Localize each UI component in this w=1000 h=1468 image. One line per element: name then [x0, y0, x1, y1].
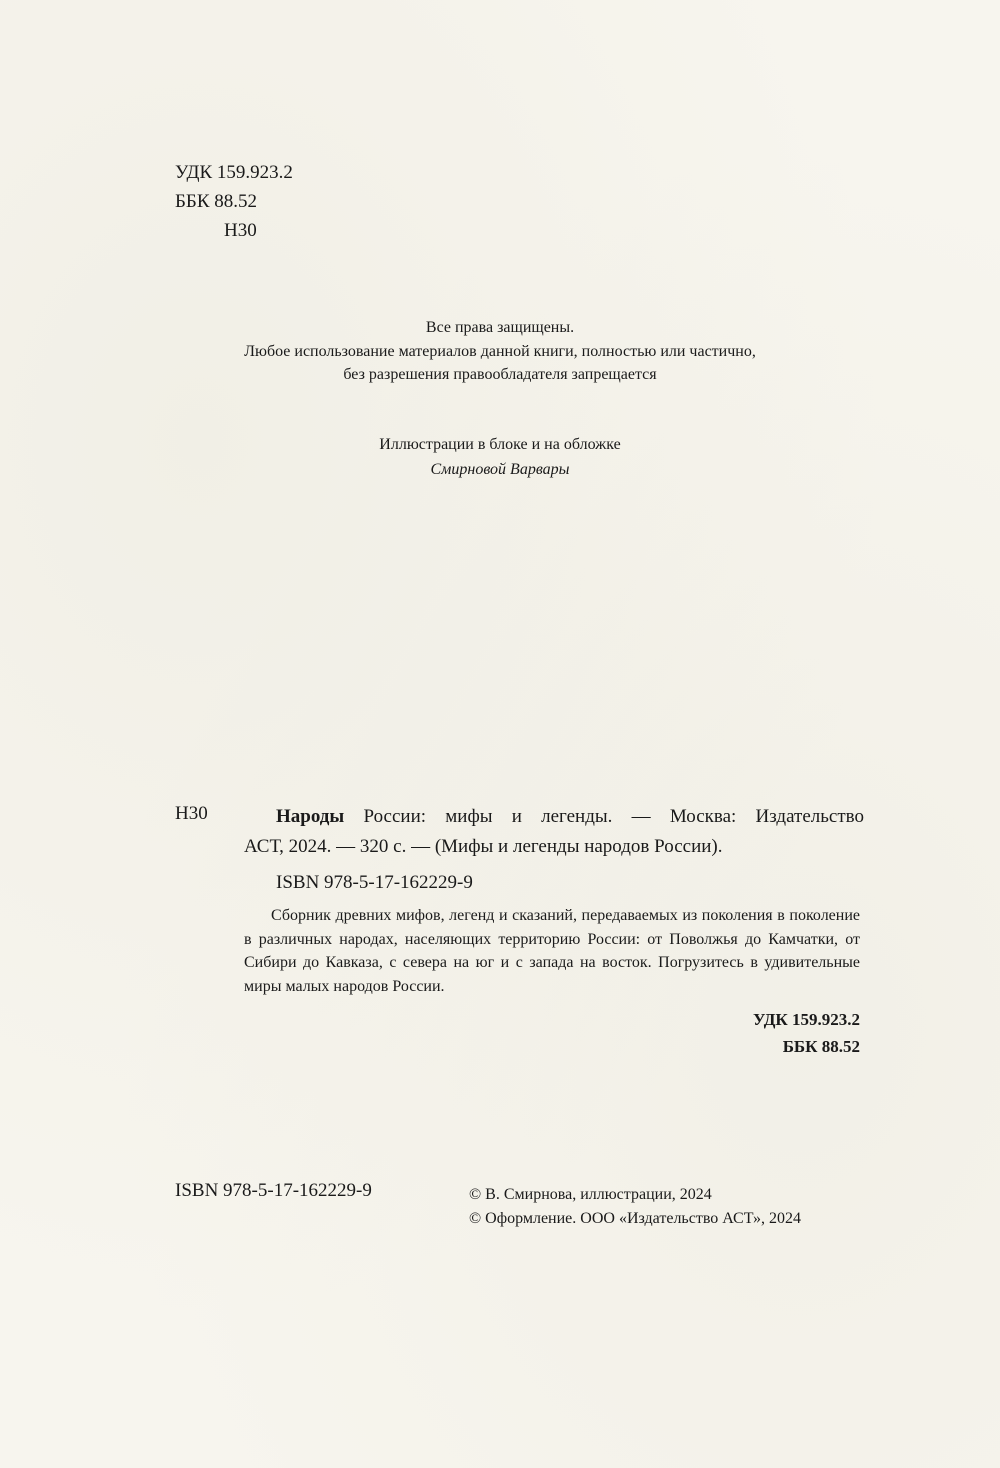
biblio-bbk: ББК 88.52: [560, 1033, 860, 1060]
book-title-rest: России: мифы и легенды. — Москва: Издате…: [344, 806, 864, 827]
rights-notice: Все права защищены. Любое использование …: [0, 316, 1000, 387]
udk-code: УДК 159.923.2: [175, 158, 293, 187]
copyright-illustrations: © В. Смирнова, иллюстрации, 2024: [469, 1183, 801, 1207]
rights-line-3: без разрешения правообладателя запрещает…: [0, 363, 1000, 387]
biblio-publication-line: АСТ, 2024. — 320 с. — (Мифы и легенды на…: [244, 832, 864, 862]
imprint-page: УДК 159.923.2 ББК 88.52 Н30 Все права за…: [0, 0, 1000, 1468]
biblio-udk: УДК 159.923.2: [560, 1006, 860, 1033]
biblio-classification: УДК 159.923.2 ББК 88.52: [560, 1006, 860, 1060]
book-title-bold: Народы: [276, 806, 344, 827]
copyright-block: © В. Смирнова, иллюстрации, 2024 © Оформ…: [469, 1183, 801, 1231]
illustrator-name: Смирновой Варвары: [0, 457, 1000, 482]
author-mark: Н30: [175, 216, 293, 245]
copyright-design: © Оформление. ООО «Издательство АСТ», 20…: [469, 1207, 801, 1231]
rights-line-1: Все права защищены.: [0, 316, 1000, 340]
illustrations-credit: Иллюстрации в блоке и на обложке Смирнов…: [0, 432, 1000, 482]
biblio-title-line: Народы России: мифы и легенды. — Москва:…: [244, 802, 864, 832]
biblio-author-mark: Н30: [175, 803, 208, 825]
annotation-text: Сборник древних мифов, легенд и сказаний…: [244, 904, 860, 998]
rights-line-2: Любое использование материалов данной кн…: [0, 340, 1000, 364]
classification-block: УДК 159.923.2 ББК 88.52 Н30: [175, 158, 293, 245]
bbk-code: ББК 88.52: [175, 187, 293, 216]
biblio-isbn: ISBN 978-5-17-162229-9: [244, 868, 864, 898]
footer-isbn: ISBN 978-5-17-162229-9: [175, 1180, 372, 1202]
bibliographic-record: Народы России: мифы и легенды. — Москва:…: [244, 802, 864, 898]
annotation: Сборник древних мифов, легенд и сказаний…: [244, 904, 860, 998]
illustrations-label: Иллюстрации в блоке и на обложке: [0, 432, 1000, 457]
